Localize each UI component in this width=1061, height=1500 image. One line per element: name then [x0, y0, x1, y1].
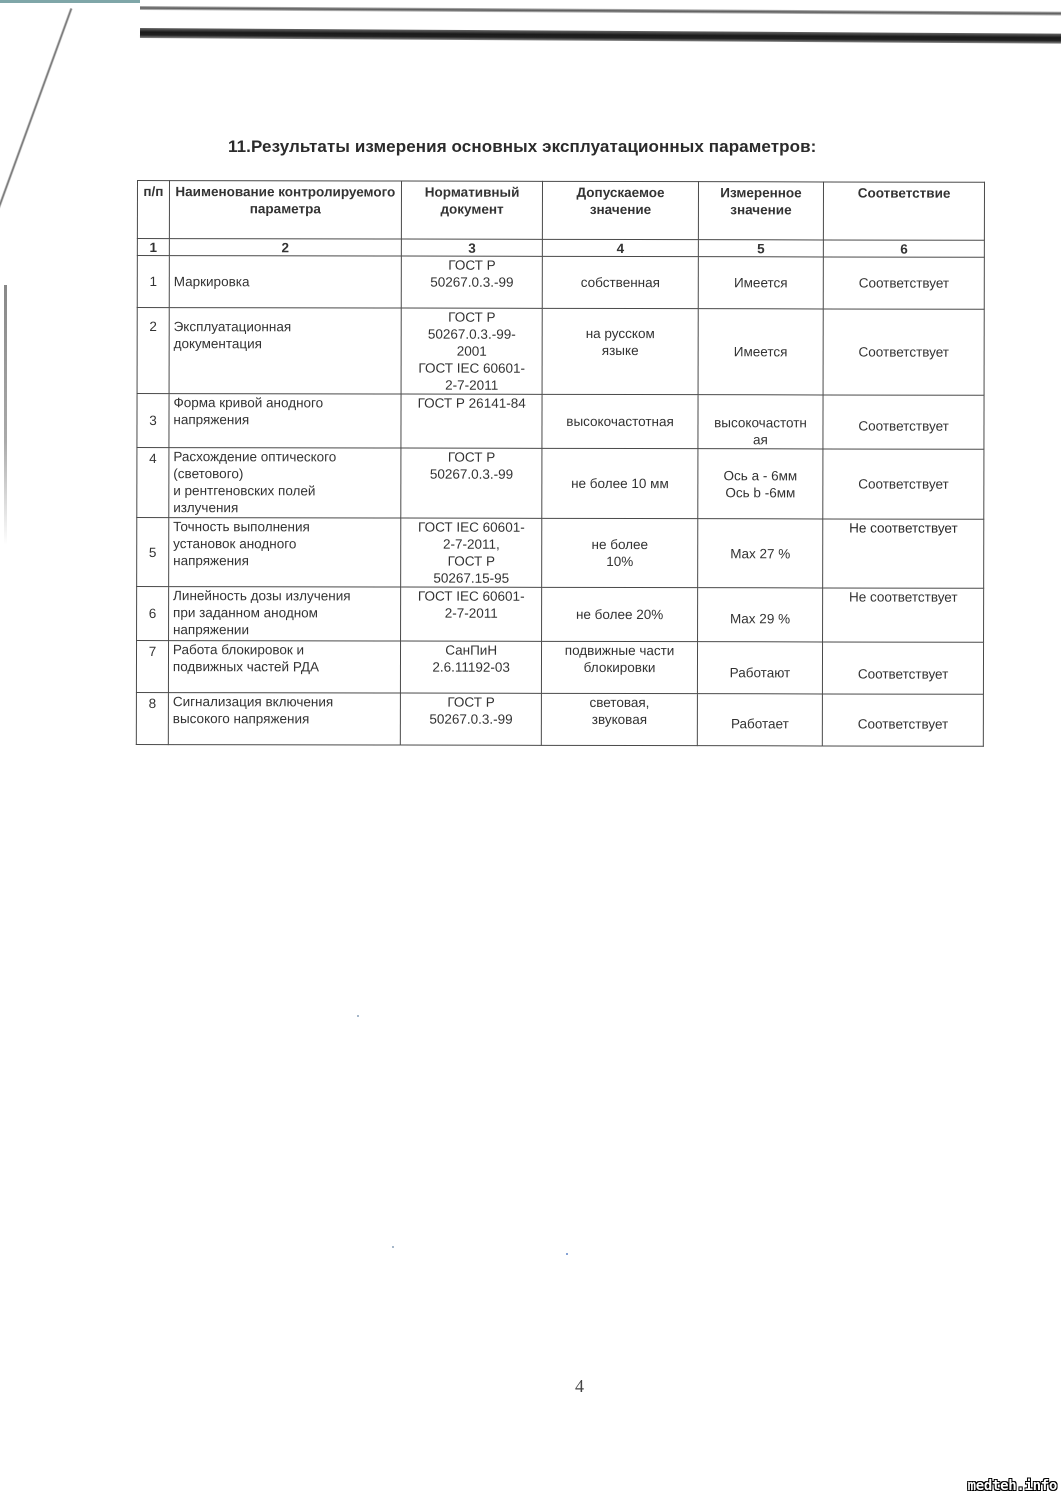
allowed-value: световая, звуковая: [542, 693, 697, 745]
page-number: 4: [575, 1376, 584, 1397]
scan-speck: [566, 1253, 568, 1255]
scan-edge-artifact: [140, 6, 1061, 16]
watermark: medteh.info: [968, 1478, 1057, 1494]
row-number: 2: [137, 308, 169, 394]
parameter-name: Точность выполнения установок анодного н…: [169, 518, 401, 587]
scan-fold-artifact: [0, 8, 73, 291]
section-title: 11.Результаты измерения основных эксплуа…: [228, 137, 816, 157]
compliance-status: Соответствует: [823, 309, 984, 395]
allowed-value: на русском языке: [542, 308, 698, 394]
allowed-value: не более 10%: [542, 518, 697, 587]
normative-document: СанПиН 2.6.11192-03: [400, 641, 542, 693]
allowed-value: высокочастотная: [542, 394, 697, 448]
compliance-status: Соответствует: [823, 395, 984, 449]
normative-document: ГОСТ Р 50267.0.3.-99: [400, 693, 542, 745]
table-row: 4 Расхождение оптического (светового) и …: [137, 448, 984, 520]
header-measured: Измеренное значение: [698, 182, 824, 240]
row-number: 7: [136, 641, 168, 693]
normative-document: ГОСТ Р 26141-84: [401, 394, 543, 448]
header-parameter: Наименование контролируемого параметра: [169, 181, 401, 239]
scan-speck: [357, 1015, 359, 1017]
measured-value: Работают: [697, 642, 823, 694]
column-index: 6: [824, 240, 985, 257]
parameter-name: Эксплуатационная документация: [169, 308, 401, 394]
header-document: Нормативный документ: [401, 181, 543, 239]
measured-value: Max 29 %: [697, 588, 823, 642]
table-row: 5 Точность выполнения установок анодного…: [137, 518, 984, 589]
parameter-name: Линейность дозы излучения при заданном а…: [168, 587, 400, 641]
measured-value: Работает: [697, 694, 823, 746]
normative-document: ГОСТ IEC 60601- 2-7-2011: [400, 587, 542, 641]
row-number: 6: [137, 587, 169, 641]
table-row: 3 Форма кривой анодного напряжения ГОСТ …: [137, 394, 984, 450]
table-row: 8 Сигнализация включения высокого напряж…: [136, 692, 983, 746]
compliance-status: Соответствует: [824, 257, 985, 309]
table-row: 2 Эксплуатационная документация ГОСТ Р 5…: [137, 308, 984, 396]
allowed-value: не более 10 мм: [542, 448, 697, 518]
table-header-row: п/п Наименование контролируемого парамет…: [137, 181, 984, 241]
measured-value: Max 27 %: [697, 519, 823, 588]
normative-document: ГОСТ Р 50267.0.3.-99- 2001 ГОСТ IEC 6060…: [401, 308, 543, 394]
scan-speck: [392, 1246, 394, 1248]
allowed-value: не более 20%: [542, 587, 697, 641]
measured-value: Имеется: [698, 257, 824, 309]
measured-value: высокочастотн ая: [698, 395, 824, 449]
table-row: 6 Линейность дозы излучения при заданном…: [137, 587, 984, 643]
compliance-status: Соответствует: [823, 449, 984, 519]
compliance-status: Соответствует: [823, 694, 984, 746]
normative-document: ГОСТ Р 50267.0.3.-99: [401, 256, 543, 308]
parameter-name: Работа блокировок и подвижных частей РДА: [168, 641, 400, 693]
row-number: 1: [137, 256, 169, 308]
header-num: п/п: [137, 181, 169, 239]
row-number: 3: [137, 394, 169, 448]
table-row: 1 Маркировка ГОСТ Р 50267.0.3.-99 собств…: [137, 256, 984, 310]
row-number: 8: [136, 692, 168, 744]
header-allowed: Допускаемое значение: [543, 181, 698, 239]
parameter-name: Маркировка: [169, 256, 401, 308]
normative-document: ГОСТ Р 50267.0.3.-99: [401, 448, 543, 518]
table-row: 7 Работа блокировок и подвижных частей Р…: [136, 641, 983, 695]
column-index: 4: [543, 239, 698, 256]
column-index: 2: [169, 239, 401, 256]
parameter-name: Сигнализация включения высокого напряжен…: [168, 693, 400, 745]
results-table: п/п Наименование контролируемого парамет…: [136, 180, 985, 747]
measured-value: Имеется: [698, 309, 824, 395]
column-index: 5: [698, 240, 824, 257]
allowed-value: собственная: [543, 256, 698, 308]
column-index: 1: [137, 239, 169, 256]
compliance-status: Не соответствует: [823, 519, 984, 588]
scan-edge-artifact: [4, 285, 7, 545]
compliance-status: Не соответствует: [823, 588, 984, 642]
scan-edge-artifact: [140, 28, 1061, 44]
compliance-status: Соответствует: [823, 642, 984, 694]
column-index-row: 1 2 3 4 5 6: [137, 239, 984, 258]
column-index: 3: [401, 239, 543, 256]
scan-edge-artifact: [0, 0, 140, 3]
row-number: 5: [137, 518, 169, 587]
parameter-name: Расхождение оптического (светового) и ре…: [169, 448, 401, 518]
parameter-name: Форма кривой анодного напряжения: [169, 394, 401, 448]
allowed-value: подвижные части блокировки: [542, 641, 697, 693]
header-compliance: Соответствие: [824, 182, 985, 240]
normative-document: ГОСТ IEC 60601- 2-7-2011, ГОСТ Р 50267.1…: [401, 518, 543, 587]
row-number: 4: [137, 448, 169, 518]
measured-value: Ось а - 6мм Ось b -6мм: [698, 449, 824, 519]
